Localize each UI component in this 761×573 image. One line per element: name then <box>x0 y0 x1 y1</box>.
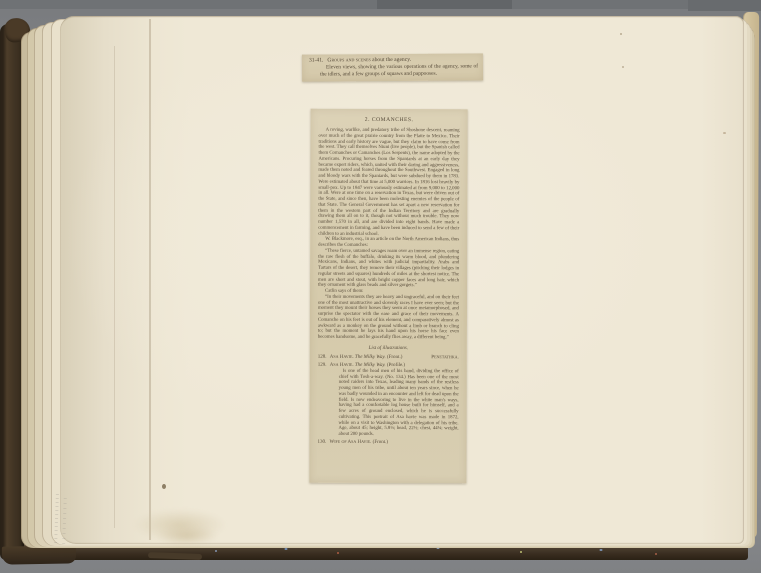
stain <box>162 484 166 489</box>
caption-body: Eleven views, showing the various operat… <box>320 63 478 77</box>
entry-128-number: 128. <box>318 355 327 360</box>
entry-128-band: Penetathka. <box>444 355 459 361</box>
entry-130: 130. Wife of Asa Havie. (Front.) <box>317 440 458 446</box>
stain <box>622 66 624 68</box>
entry-129-number: 129. <box>318 363 327 368</box>
caption-clipping: 31-41.Groups and scenes about the agency… <box>302 53 483 81</box>
pencil-marks <box>52 494 72 547</box>
stain <box>156 526 218 546</box>
entry-129-view: (Profile.) <box>387 363 405 368</box>
gutter-crease <box>149 19 151 540</box>
blackmore-quote: “These fierce, untamed savages roam over… <box>318 249 459 290</box>
backdrop-notch <box>377 0 512 9</box>
backdrop-notch-right <box>688 0 761 11</box>
entry-128: Penetathka.128. Asa Havie. The Milky Way… <box>318 355 459 361</box>
blackmore-intro: W. Blackmore, esq., in an article on the… <box>318 237 459 249</box>
entry-129-description: Is one of the head men of his band, divi… <box>339 369 459 438</box>
entry-128-title: The Milky Way. <box>355 355 386 360</box>
entry-128-name: Asa Havie. <box>330 355 354 360</box>
list-of-illustrations-heading: List of illustrations. <box>318 346 459 351</box>
stain <box>620 33 622 35</box>
caption-title: Groups and scenes <box>327 57 370 63</box>
section-heading: 2. COMANCHES. <box>319 117 460 123</box>
caption-title-rest: about the agency. <box>372 57 411 63</box>
entry-130-number: 130. <box>317 440 326 445</box>
caption-number: 31-41. <box>309 57 323 63</box>
album-photo: 31-41.Groups and scenes about the agency… <box>0 0 761 573</box>
tribe-paragraph: A roving, warlike, and predatory tribe o… <box>318 128 459 238</box>
gutter-crease <box>114 46 115 528</box>
stain <box>723 132 726 134</box>
catalogue-clipping: 2. COMANCHES. A roving, warlike, and pre… <box>309 109 467 484</box>
book-cover-corner <box>2 545 76 564</box>
entry-129-title: The Milky Way. <box>355 363 386 368</box>
entry-129-name: Asa Havie. <box>330 363 354 368</box>
catlin-quote: “In their movements they are heavy and u… <box>318 295 459 341</box>
album-page: 31-41.Groups and scenes about the agency… <box>60 16 744 544</box>
entry-130-view: (Front.) <box>373 440 388 445</box>
entry-130-name: Wife of Asa Havie. <box>329 440 371 445</box>
entry-128-view: (Front.) <box>387 355 402 360</box>
